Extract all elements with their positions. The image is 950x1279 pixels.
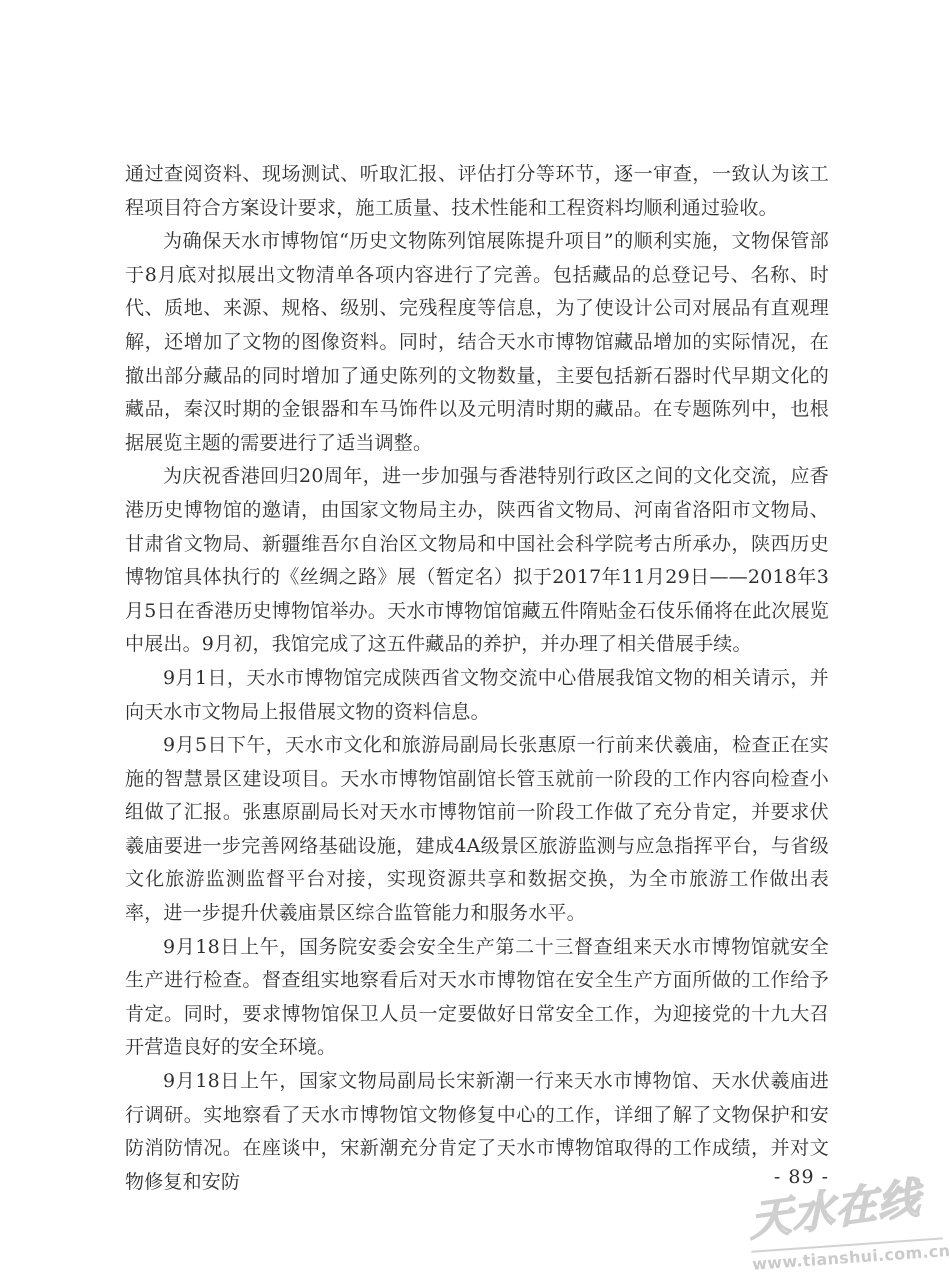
paragraph: 9月1日，天水市博物馆完成陕西省文物交流中心借展我馆文物的相关请示，并向天水市文… [125, 662, 829, 729]
watermark: 天水在线 www.tianshui.com.cn [748, 1183, 949, 1274]
document-page: 通过查阅资料、现场测试、听取汇报、评估打分等环节，逐一审查，一致认为该工程项目符… [0, 0, 950, 1279]
paragraph: 为庆祝香港回归20周年，进一步加强与香港特别行政区之间的文化交流，应香港历史博物… [125, 460, 829, 662]
page-number: - 89 - [125, 1166, 829, 1188]
paragraph: 为确保天水市博物馆“历史文物陈列馆展陈提升项目”的顺利实施，文物保管部于8月底对… [125, 225, 829, 460]
paragraph: 9月18日上午，国务院安委会安全生产第二十三督查组来天水市博物馆就安全生产进行检… [125, 931, 829, 1065]
watermark-url: www.tianshui.com.cn [752, 1242, 949, 1275]
paragraph-continuation: 通过查阅资料、现场测试、听取汇报、评估打分等环节，逐一审查，一致认为该工程项目符… [125, 158, 829, 225]
body-text: 通过查阅资料、现场测试、听取汇报、评估打分等环节，逐一审查，一致认为该工程项目符… [125, 158, 829, 1199]
paragraph: 9月5日下午，天水市文化和旅游局副局长张惠原一行前来伏羲庙，检查正在实施的智慧景… [125, 729, 829, 931]
